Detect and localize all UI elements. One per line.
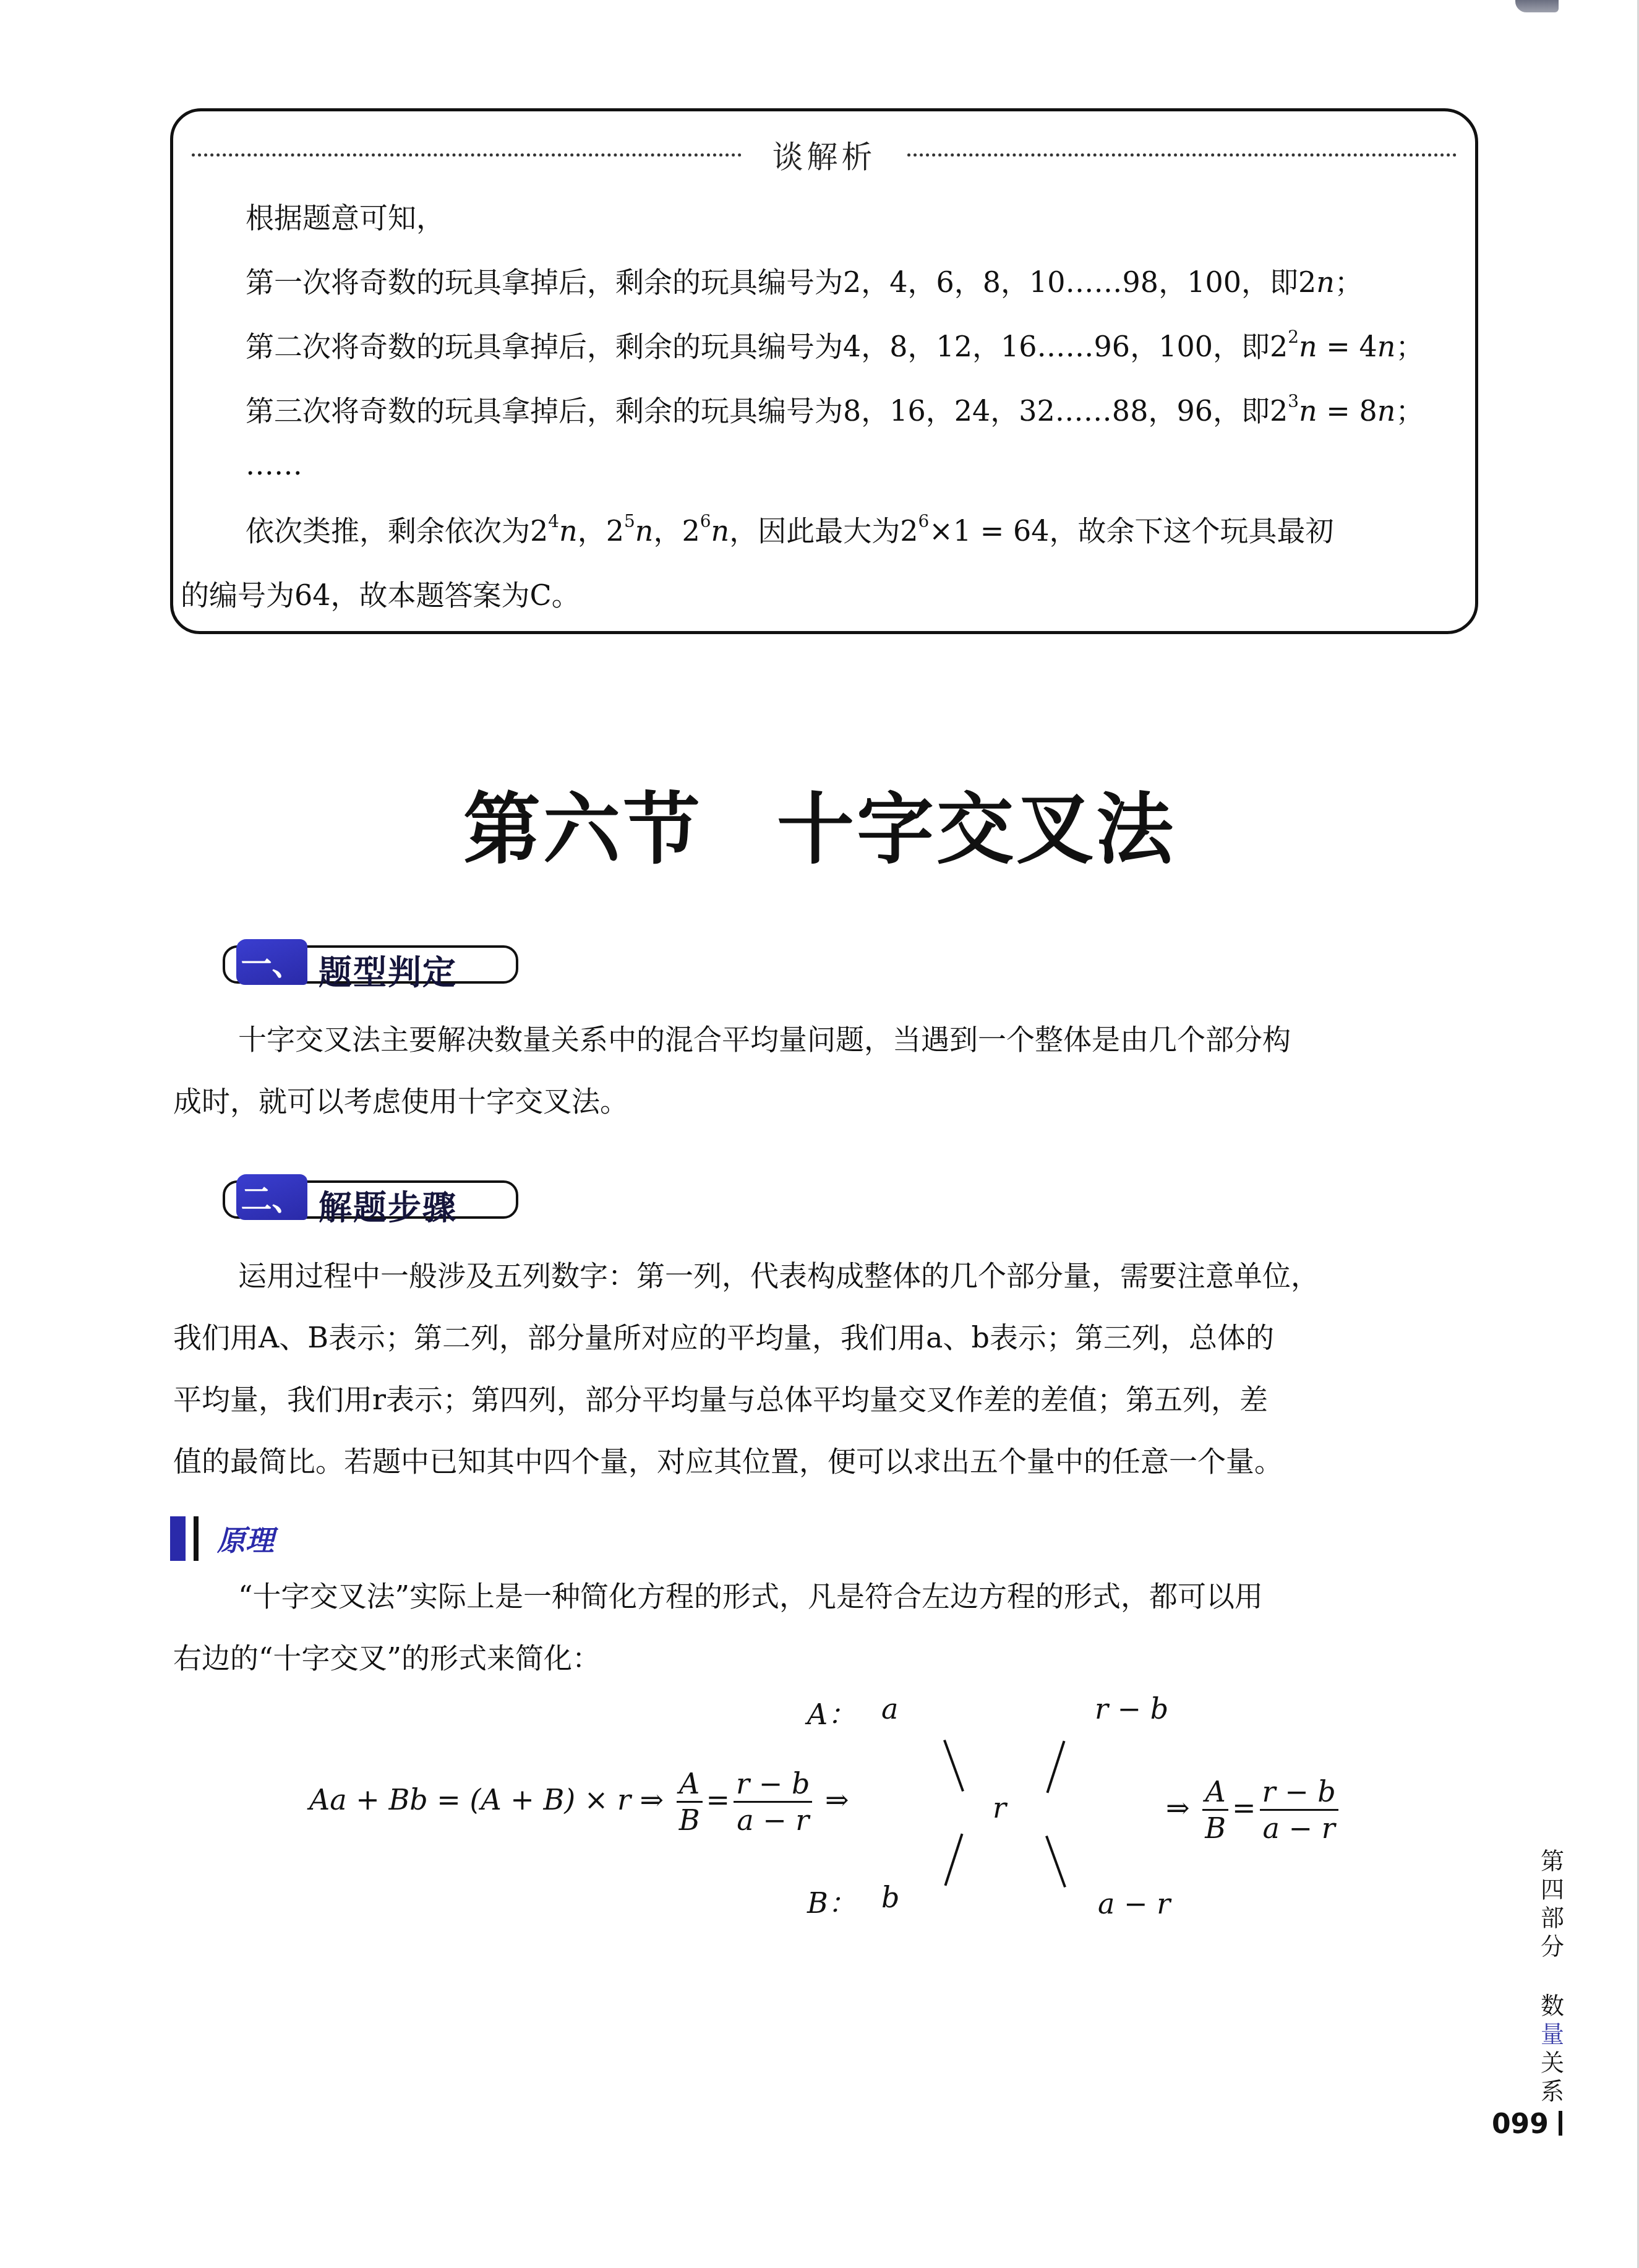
section-name: 十字交叉法 xyxy=(777,784,1176,875)
analysis-header: 谈解析 xyxy=(192,136,1457,173)
principle-heading: 原理 xyxy=(170,1517,274,1560)
fraction-diff: r − ba − r xyxy=(734,1766,812,1837)
side-tab-chapter: 数量关系 xyxy=(1534,1991,1571,2105)
cross-line-top-left xyxy=(943,1740,964,1792)
steps-line-3: 平均量，我们用r表示；第四列，部分平均量与总体平均量交叉作差的差值；第五列，差 xyxy=(173,1368,1478,1430)
page-number-bar xyxy=(1559,2111,1562,2136)
analysis-line-4: 第三次将奇数的玩具拿掉后，剩余的玩具编号为8，16，24，32……88，96，即… xyxy=(181,379,1463,443)
cross-A: A： xyxy=(807,1692,856,1733)
principle-line-1: “十字交叉法”实际上是一种简化方程的形式，凡是符合左边方程的形式，都可以用 xyxy=(173,1565,1478,1627)
cross-bottom-right: a − r xyxy=(1098,1887,1170,1920)
intro-line-2: 成时，就可以考虑使用十字交叉法。 xyxy=(173,1070,1478,1132)
side-tab-part: 第四部分 xyxy=(1534,1847,1571,1961)
analysis-line-1: 根据题意可知， xyxy=(181,186,1463,250)
heading-question-type: 一、 题型判定 xyxy=(223,939,518,984)
steps-line-2: 我们用A、B表示；第二列，部分量所对应的平均量，我们用a、b表示；第三列，总体的 xyxy=(173,1307,1478,1368)
analysis-line-6: 的编号为64，故本题答案为C。 xyxy=(181,563,1463,627)
heading-solution-steps: 二、 解题步骤 xyxy=(223,1174,518,1219)
analysis-box: 谈解析 根据题意可知， 第一次将奇数的玩具拿掉后，剩余的玩具编号为2，4，6，8… xyxy=(170,108,1478,634)
dotted-divider-left xyxy=(192,153,742,157)
page-number: 099 xyxy=(1492,2108,1549,2140)
formula-right: ⇒ AB=r − ba − r xyxy=(1166,1774,1342,1845)
page-corner-mark xyxy=(1515,0,1559,12)
cross-line-bottom-left xyxy=(944,1834,964,1886)
cross-line-top-right xyxy=(1046,1741,1066,1793)
principle-line-2: 右边的“十字交叉”的形式来简化： xyxy=(173,1627,1478,1689)
principle-label: 原理 xyxy=(217,1518,274,1559)
side-tab: 第四部分 数量关系 xyxy=(1534,1847,1571,2105)
heading-badge: 一、 xyxy=(236,939,307,985)
intro-line-1: 十字交叉法主要解决数量关系中的混合平均量问题，当遇到一个整体是由几个部分构 xyxy=(173,1008,1478,1070)
principle-paragraph: “十字交叉法”实际上是一种简化方程的形式，凡是符合左边方程的形式，都可以用 右边… xyxy=(173,1565,1478,1689)
steps-line-4: 值的最简比。若题中已知其中四个量，对应其位置，便可以求出五个量中的任意一个量。 xyxy=(173,1430,1478,1492)
cross-a: a xyxy=(881,1692,898,1725)
steps-paragraph: 运用过程中一般涉及五列数字：第一列，代表构成整体的几个部分量，需要注意单位， 我… xyxy=(173,1245,1478,1492)
analysis-line-5: 依次类推，剩余依次为24n，25n，26n，因此最大为26×1 = 64，故余下… xyxy=(181,499,1463,563)
section-number: 第六节 xyxy=(463,784,703,875)
cross-top-right: r − b xyxy=(1095,1692,1168,1725)
analysis-line-3: 第二次将奇数的玩具拿掉后，剩余的玩具编号为4，8，12，16……96，100，即… xyxy=(181,314,1463,379)
analysis-title: 谈解析 xyxy=(742,132,907,177)
analysis-line-2: 第一次将奇数的玩具拿掉后，剩余的玩具编号为2，4，6，8，10……98，100，… xyxy=(181,250,1463,314)
analysis-body: 根据题意可知， 第一次将奇数的玩具拿掉后，剩余的玩具编号为2，4，6，8，10…… xyxy=(181,186,1463,627)
cross-B: B： xyxy=(807,1881,857,1922)
heading-label: 解题步骤 xyxy=(319,1182,457,1229)
section-title: 第六节十字交叉法 xyxy=(0,767,1639,878)
dotted-divider-right xyxy=(907,153,1457,157)
cross-b: b xyxy=(881,1881,899,1914)
heading-badge: 二、 xyxy=(236,1174,307,1220)
fraction-A-over-B: AB xyxy=(677,1766,703,1837)
cross-line-bottom-right xyxy=(1045,1836,1066,1888)
steps-line-1: 运用过程中一般涉及五列数字：第一列，代表构成整体的几个部分量，需要注意单位， xyxy=(173,1245,1478,1307)
formula-left: Aa + Bb = (A + B) × r ⇒ AB=r − ba − r ⇒ xyxy=(309,1766,849,1837)
heading-label: 题型判定 xyxy=(319,947,457,994)
analysis-ellipsis: …… xyxy=(181,443,1463,486)
cross-r: r xyxy=(993,1791,1006,1824)
principle-bar-icon xyxy=(170,1516,186,1561)
principle-bar-thin xyxy=(194,1516,199,1561)
intro-paragraph: 十字交叉法主要解决数量关系中的混合平均量问题，当遇到一个整体是由几个部分构 成时… xyxy=(173,1008,1478,1132)
